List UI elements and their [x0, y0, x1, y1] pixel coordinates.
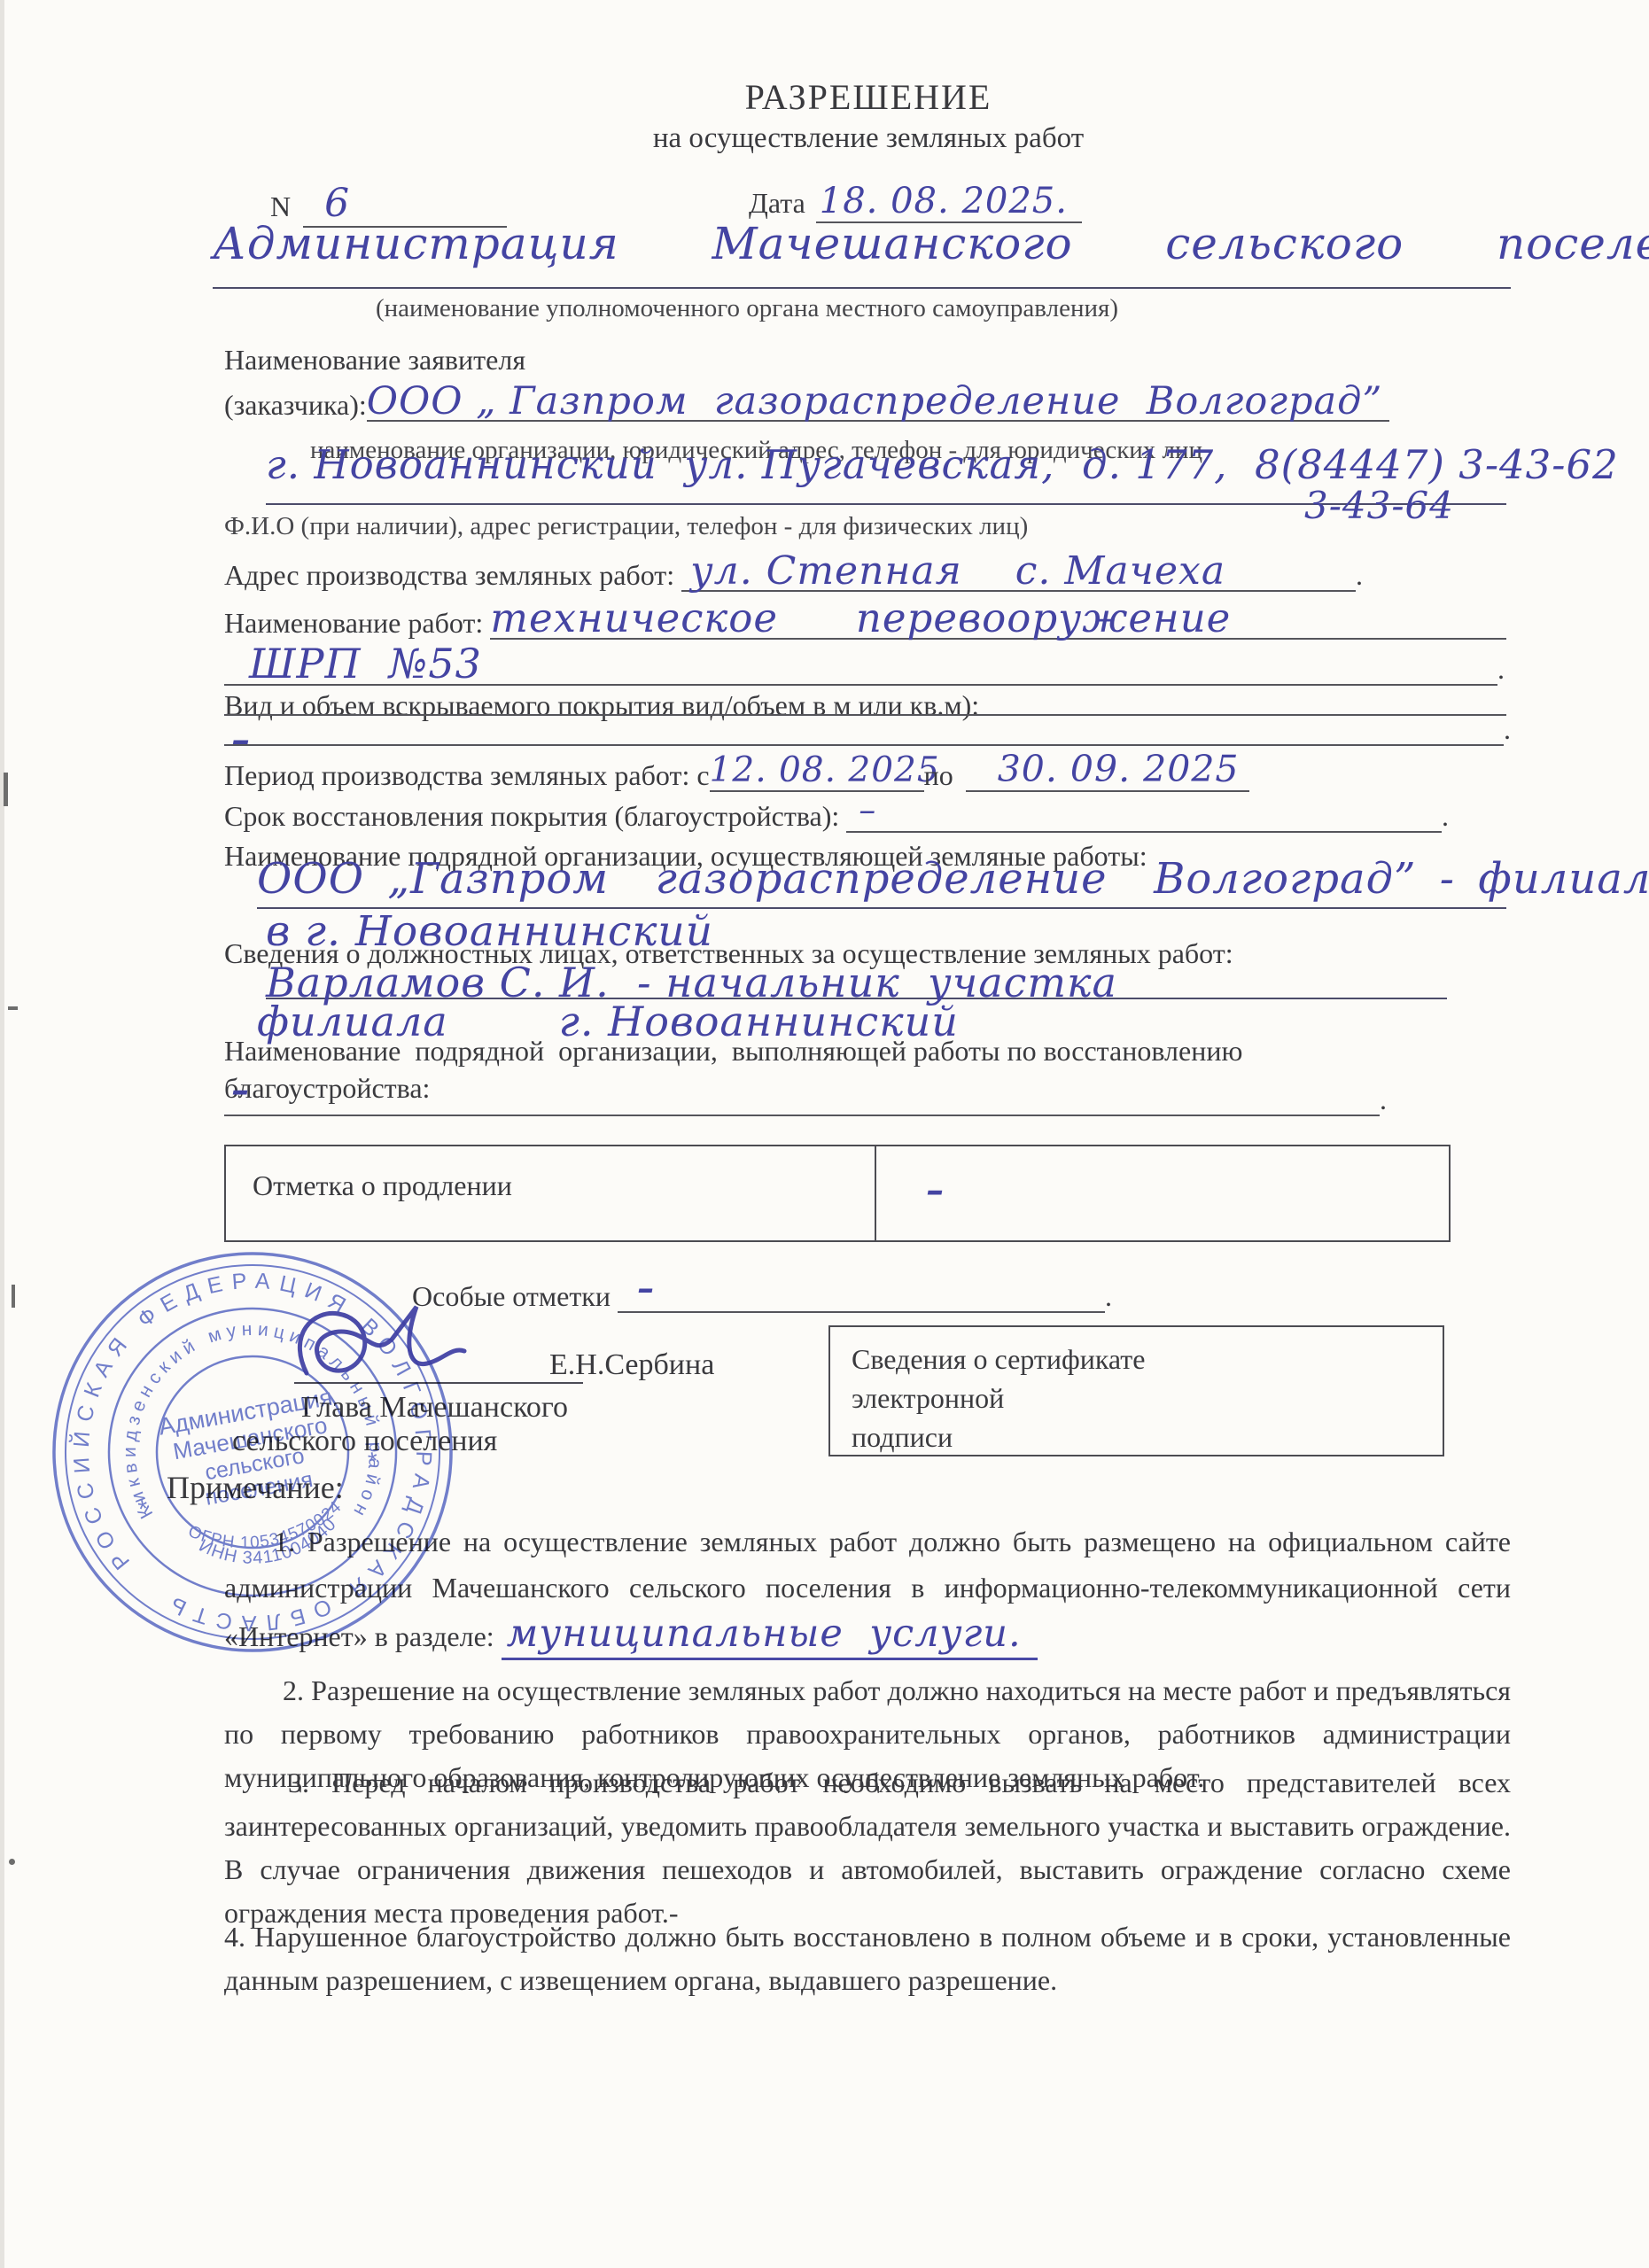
- date-label: Дата: [749, 187, 805, 219]
- extension-dash-handwritten: –: [926, 1169, 945, 1211]
- signer-name: Е.Н.Сербина: [549, 1348, 714, 1382]
- dot: .: [1442, 800, 1449, 833]
- authority-handwritten: Администрация Мачешанского сельского пос…: [213, 218, 1511, 289]
- coverage-blank-line1: –: [224, 682, 1506, 716]
- officials-handwritten1: Варламов С. И. - начальник участка: [266, 959, 1447, 999]
- dot: .: [1497, 653, 1505, 686]
- scan-artifact: [12, 1285, 15, 1308]
- period-label: Период производства земляных работ: с: [224, 759, 710, 792]
- works-name-line2: ШРП №53: [224, 640, 1497, 686]
- works-name-value2: ШРП №53: [224, 640, 482, 687]
- document-title: РАЗРЕШЕНИЕ: [177, 76, 1560, 118]
- authority-value: Администрация Мачешанского сельского пос…: [213, 218, 1649, 269]
- scanned-document-page: РАЗРЕШЕНИЕ на осуществление земляных раб…: [0, 0, 1649, 2268]
- dot: .: [1105, 1280, 1112, 1313]
- worksite-address-line: ул. Степная с. Мачеха: [681, 548, 1356, 592]
- restore-period-dash: –: [846, 790, 876, 829]
- date-value-handwritten: 18. 08. 2025.: [816, 181, 1068, 221]
- extension-box-right-cell: –: [876, 1146, 1449, 1240]
- period-from-line: 12. 08. 2025: [710, 750, 924, 792]
- period-from-handwritten: 12. 08. 2025: [710, 750, 940, 790]
- applicant-phone2-handwritten: 3-43-64: [1304, 484, 1454, 527]
- works-name-row2: ШРП №53 .: [224, 634, 1505, 686]
- document-number: N6: [270, 181, 507, 223]
- certificate-line2: электронной: [852, 1379, 1443, 1417]
- note-item-3: 3. Перед началом производства работ необ…: [224, 1761, 1511, 1935]
- restore-period-label: Срок восстановления покрытия (благоустро…: [224, 800, 846, 833]
- contractor-value1: ООО „Газпром газораспределение Волгоград…: [257, 854, 1649, 904]
- worksite-address-label: Адрес производства земляных работ:: [224, 559, 681, 592]
- scan-edge-left: [0, 0, 4, 2268]
- applicant-row: (заказчика): ООО „ Газпром газораспредел…: [224, 372, 1389, 422]
- restore-org-dash: –: [224, 1069, 250, 1111]
- date-line: 18. 08. 2025.: [816, 181, 1082, 223]
- scan-artifact: [4, 773, 8, 806]
- note-item-4: 4. Нарушенное благоустройство должно быт…: [224, 1915, 1511, 2002]
- document-subtitle: на осуществление земляных работ: [177, 122, 1560, 155]
- scan-artifact: [8, 1006, 18, 1010]
- restore-org-label1: Наименование подрядной организации, выпо…: [224, 1035, 1506, 1068]
- dot: .: [1504, 713, 1511, 746]
- period-to-label: по: [924, 759, 953, 792]
- works-name-line: техническое перевооружение: [490, 594, 1506, 640]
- scan-artifact: [9, 1859, 15, 1865]
- coverage-blank-line2: .: [224, 714, 1511, 746]
- restore-org-blank-row: – .: [224, 1084, 1387, 1116]
- extension-box: Отметка о продлении –: [224, 1145, 1451, 1242]
- period-to-line: 30. 09. 2025: [966, 748, 1249, 792]
- certificate-line3: подписи: [852, 1417, 1443, 1456]
- dot: .: [1380, 1084, 1387, 1116]
- document-date: Дата18. 08. 2025.: [749, 181, 1082, 223]
- extension-label: Отметка о продлении: [253, 1169, 512, 1201]
- authority-caption: (наименование уполномоченного органа мес…: [224, 294, 1270, 323]
- applicant-line: ООО „ Газпром газораспределение Волгогра…: [367, 379, 1389, 422]
- special-marks-line: –: [618, 1268, 1105, 1313]
- certificate-box: Сведения о сертификате электронной подпи…: [828, 1325, 1444, 1456]
- period-to-handwritten: 30. 09. 2025: [966, 748, 1240, 790]
- note-item-1-handwritten: муниципальные услуги.: [502, 1612, 1038, 1660]
- dot: .: [1356, 559, 1363, 592]
- extension-box-left-cell: Отметка о продлении: [226, 1146, 876, 1240]
- restore-org-line: –: [224, 1069, 1380, 1116]
- signature-flourish-icon: [282, 1302, 548, 1391]
- worksite-address-row: Адрес производства земляных работ: ул. С…: [224, 544, 1363, 592]
- period-row: Период производства земляных работ: с12.…: [224, 746, 1249, 792]
- worksite-address-value: ул. Степная с. Мачеха: [681, 548, 1225, 594]
- restore-period-line: –: [846, 790, 1442, 833]
- applicant-value-handwritten: ООО „ Газпром газораспределение Волгогра…: [367, 379, 1383, 423]
- special-marks-dash: –: [618, 1268, 655, 1308]
- works-name-row: Наименование работ: техническое перевоор…: [224, 590, 1506, 640]
- contractor-handwritten1: ООО „Газпром газораспределение Волгоград…: [257, 854, 1506, 909]
- applicant-address-value: г. Новоаннинский ул. Пугачевская, д. 177…: [266, 441, 1619, 488]
- certificate-line1: Сведения о сертификате: [852, 1340, 1443, 1379]
- applicant-label2: (заказчика):: [224, 389, 367, 422]
- restore-period-row: Срок восстановления покрытия (благоустро…: [224, 788, 1449, 833]
- applicant-caption-person: Ф.И.О (при наличии), адрес регистрации, …: [224, 512, 1028, 541]
